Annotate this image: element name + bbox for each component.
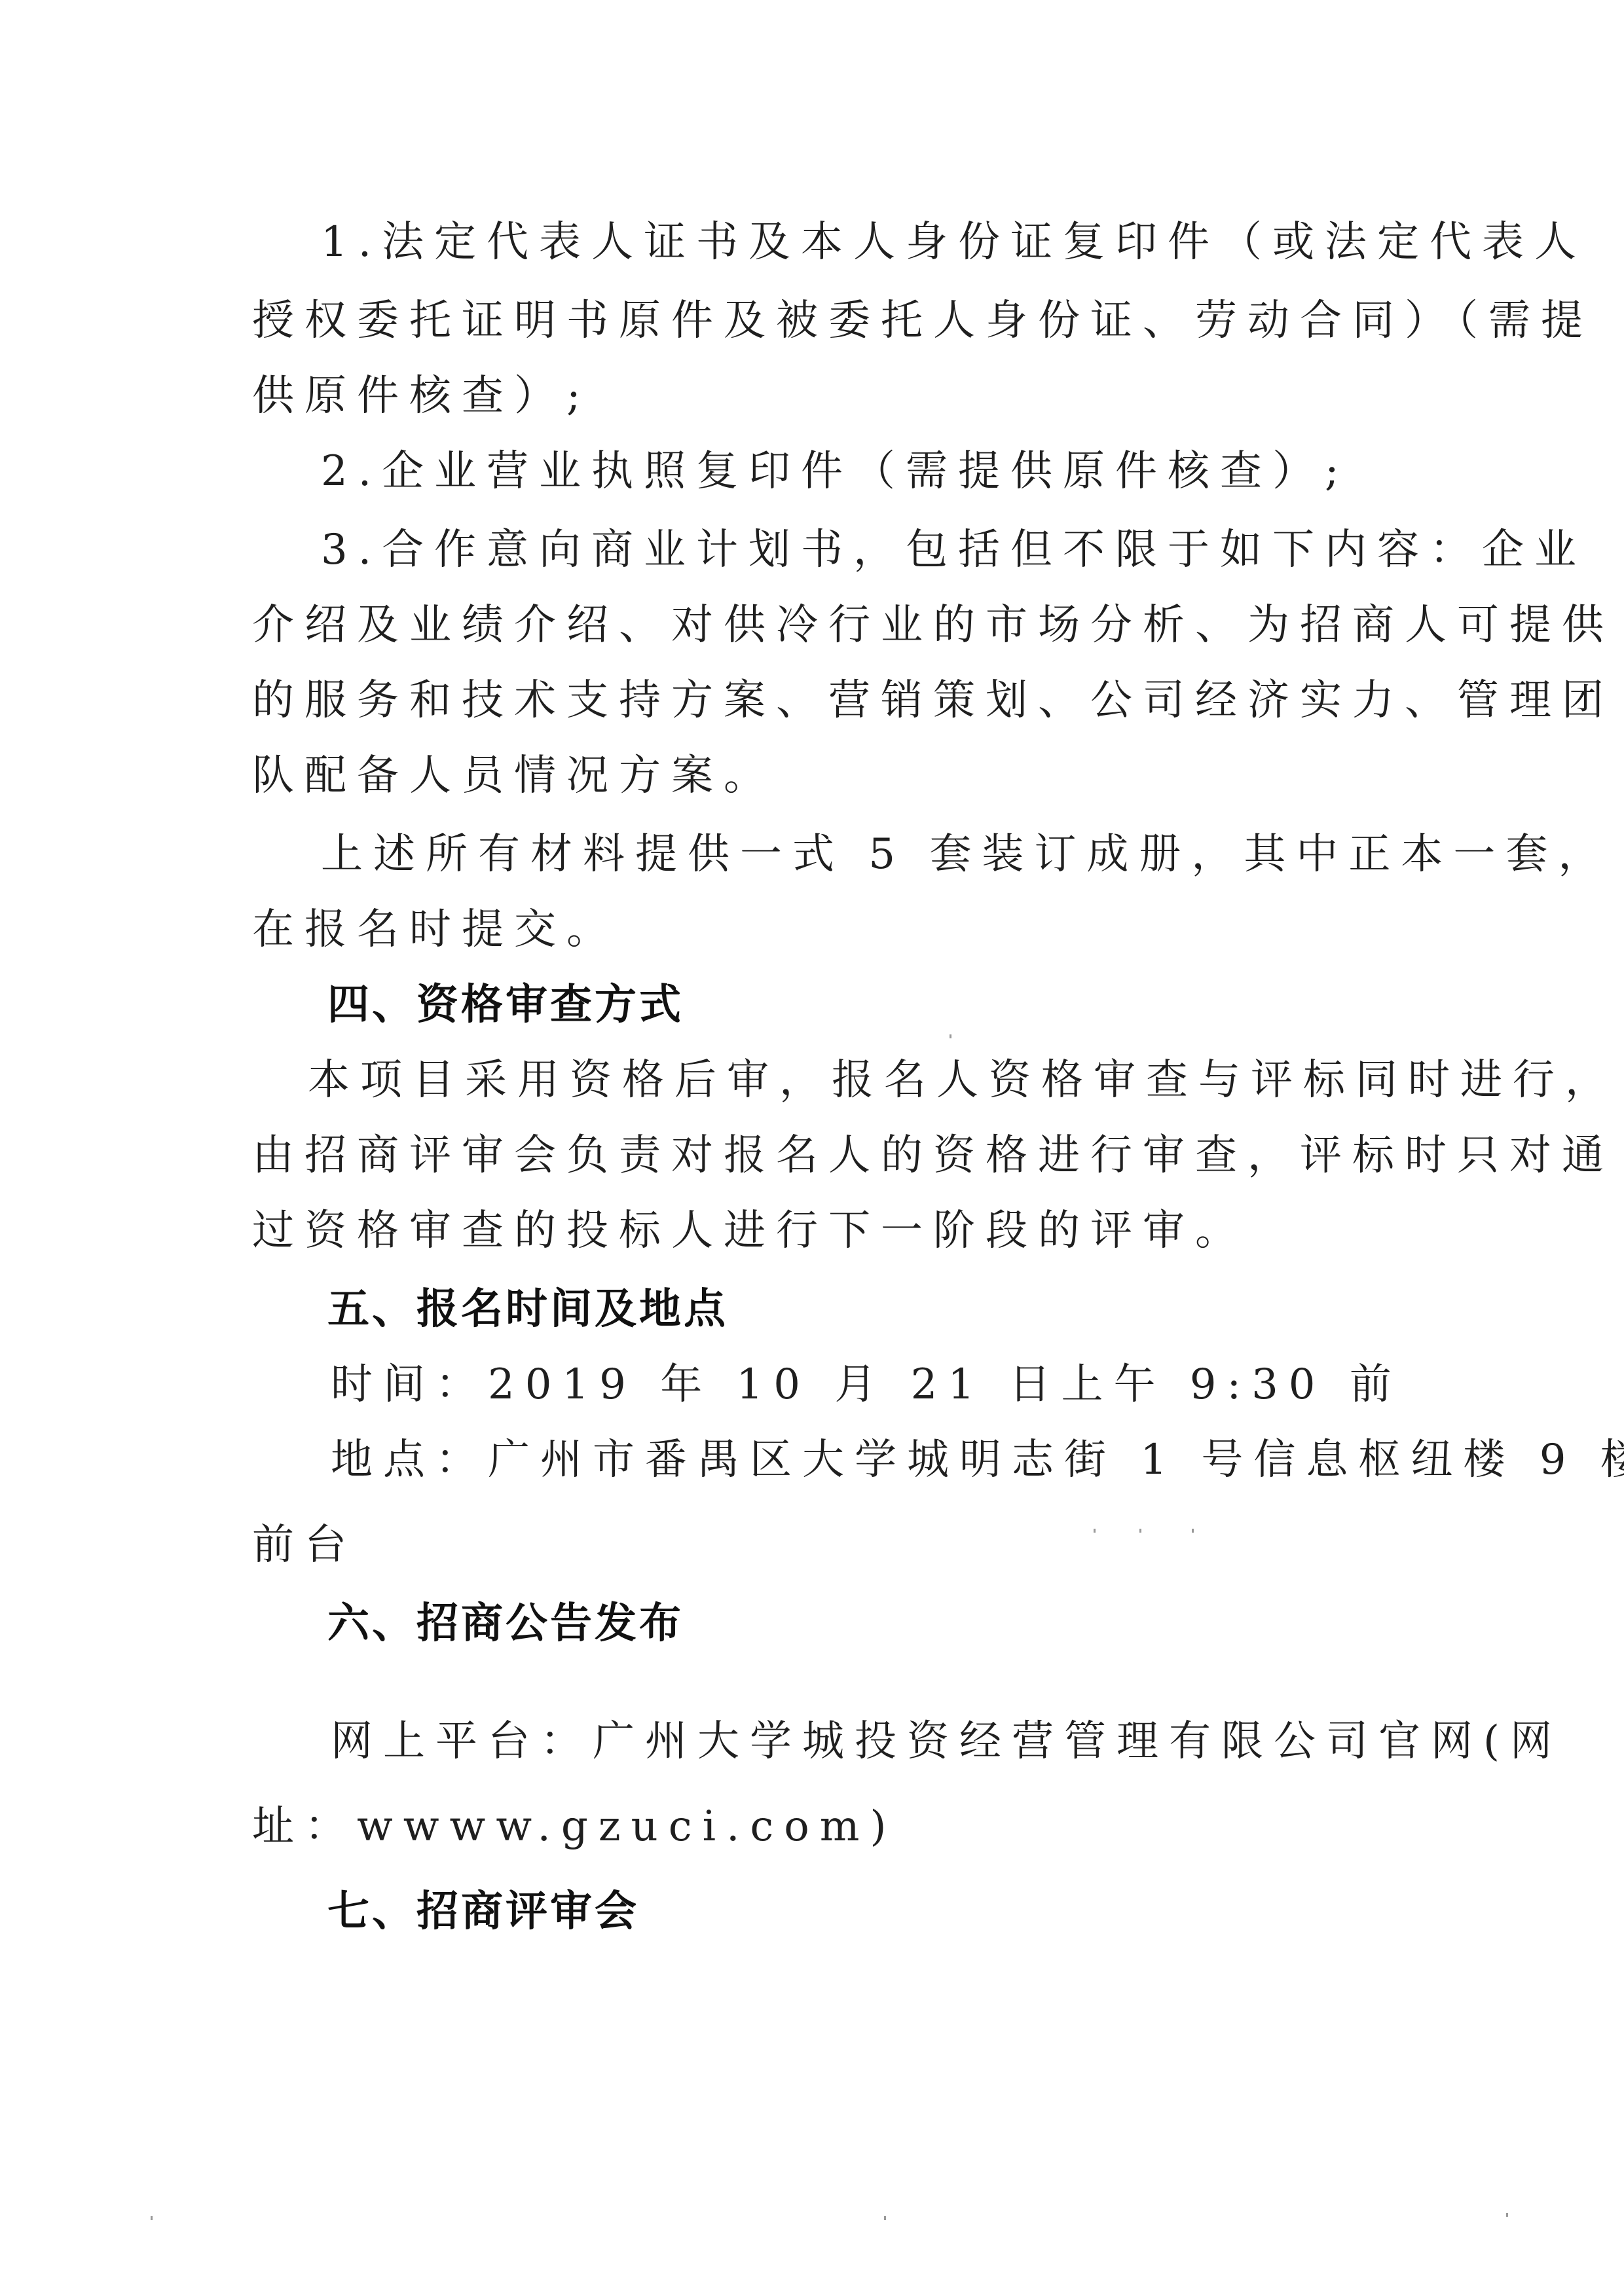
- section-heading-qualification-review: 四、资格审查方式: [327, 979, 1460, 1031]
- scan-speck: [950, 1034, 951, 1038]
- list-item-3-line-1: 3.合作意向商业计划书，包括但不限于如下内容：企业: [321, 524, 1454, 576]
- registration-place-line-1: 地点：广州市番禺区大学城明志街 1 号信息枢纽楼 9 楼: [331, 1434, 1464, 1486]
- scan-speck: [1094, 1529, 1096, 1533]
- scan-speck: [1139, 1529, 1141, 1533]
- announcement-platform-line-1: 网上平台：广州大学城投资经营管理有限公司官网(网: [331, 1715, 1464, 1768]
- scan-speck: [1035, 1722, 1037, 1726]
- section-heading-announcement: 六、招商公告发布: [327, 1597, 1460, 1650]
- section-heading-registration-time-place: 五、报名时间及地点: [327, 1283, 1460, 1336]
- registration-place-line-2: 前台: [252, 1519, 1385, 1571]
- registration-time: 时间：2019 年 10 月 21 日上午 9:30 前: [331, 1358, 1464, 1411]
- scan-speck: [884, 2216, 886, 2220]
- list-item-3-line-3: 的服务和技术支持方案、营销策划、公司经济实力、管理团: [252, 674, 1385, 727]
- list-item-1-line-2: 授权委托证明书原件及被委托人身份证、劳动合同）（需提: [252, 295, 1385, 347]
- list-item-1-line-3: 供原件核查）;: [252, 370, 1385, 422]
- document-page: 1.法定代表人证书及本人身份证复印件（或法定代表人 授权委托证明书原件及被委托人…: [0, 0, 1624, 2296]
- scan-speck: [1506, 2213, 1508, 2217]
- list-item-3-line-4: 队配备人员情况方案。: [252, 750, 1385, 802]
- qualification-review-line-3: 过资格审查的投标人进行下一阶段的评审。: [252, 1205, 1385, 1257]
- list-item-2-line-1: 2.企业营业执照复印件（需提供原件核查）;: [321, 445, 1454, 498]
- section-heading-review-committee: 七、招商评审会: [327, 1886, 1460, 1938]
- announcement-platform-line-2: 址：wwww.gzuci.com): [252, 1800, 1385, 1853]
- qualification-review-line-2: 由招商评审会负责对报名人的资格进行审查，评标时只对通: [252, 1129, 1385, 1182]
- scan-speck: [1192, 1529, 1194, 1533]
- list-item-1-line-1: 1.法定代表人证书及本人身份证复印件（或法定代表人: [321, 216, 1454, 268]
- scan-speck: [151, 2216, 153, 2220]
- materials-note-line-1: 上述所有材料提供一式 5 套装订成册，其中正本一套，: [321, 828, 1454, 881]
- materials-note-line-2: 在报名时提交。: [252, 903, 1385, 956]
- qualification-review-line-1: 本项目采用资格后审，报名人资格审查与评标同时进行，: [308, 1054, 1441, 1106]
- list-item-3-line-2: 介绍及业绩介绍、对供冷行业的市场分析、为招商人可提供: [252, 599, 1385, 651]
